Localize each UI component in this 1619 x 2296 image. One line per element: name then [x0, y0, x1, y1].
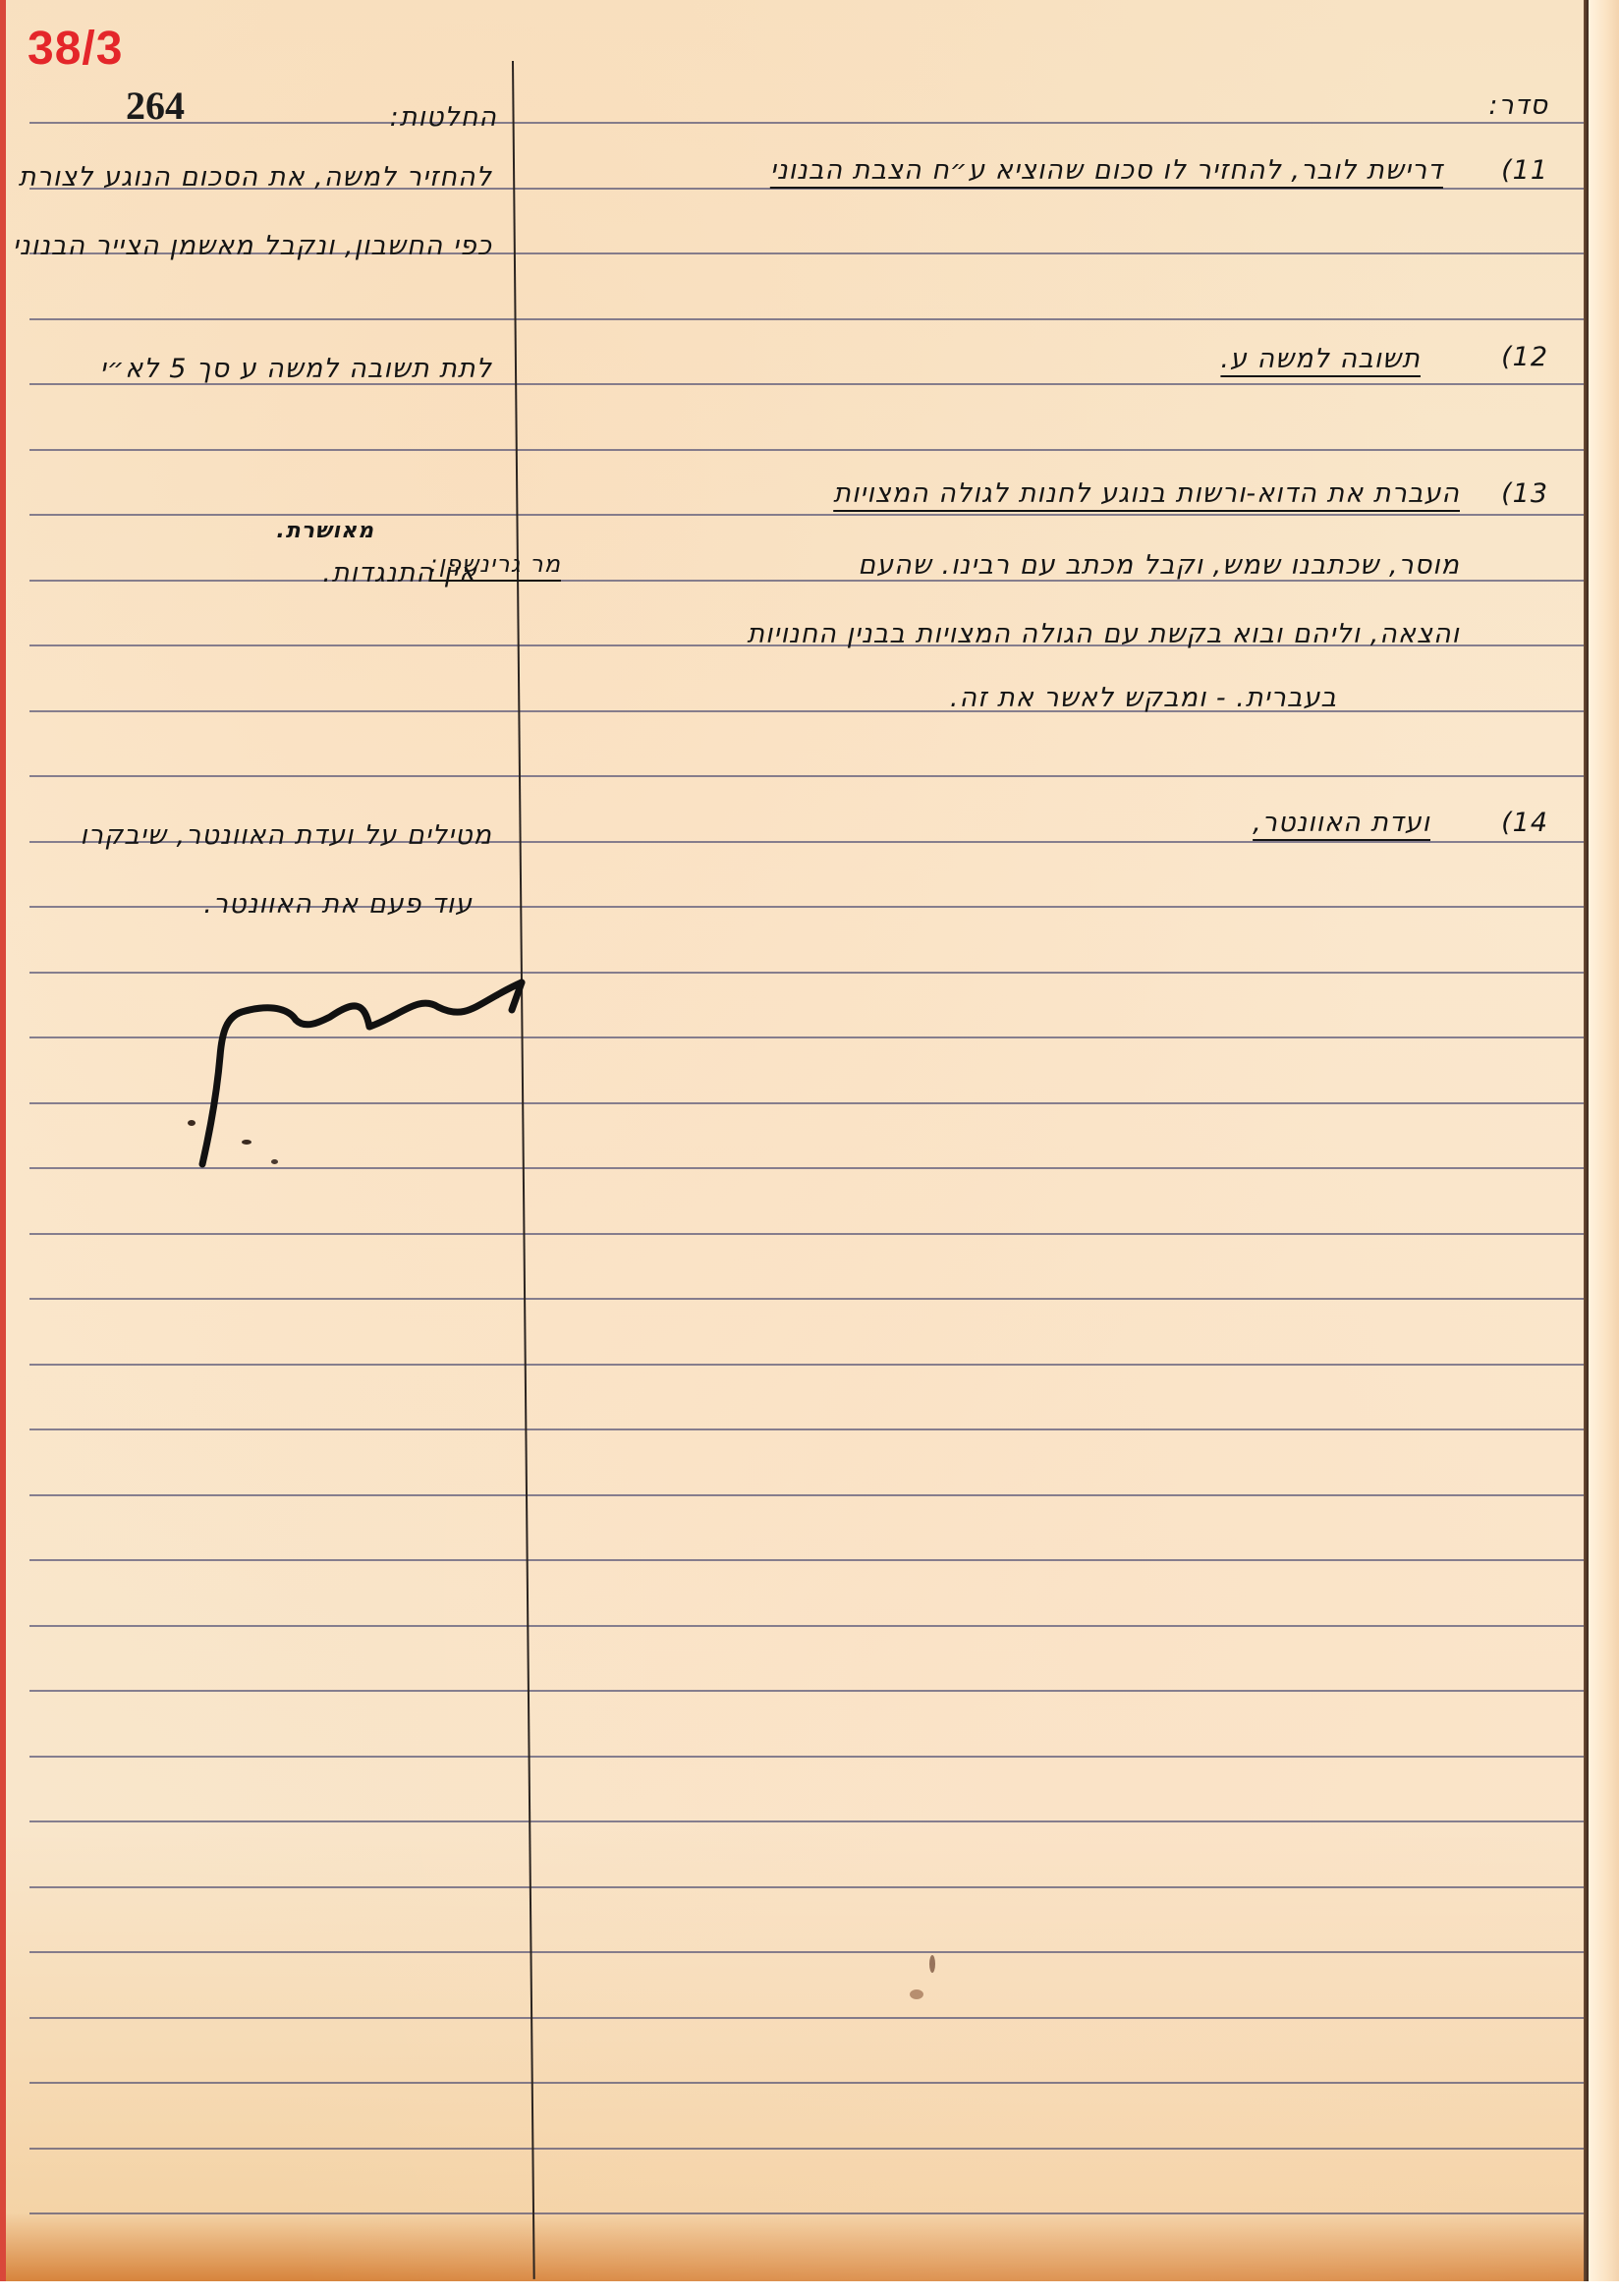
ruled-line	[29, 1625, 1592, 1627]
agenda-item-13-title: העברת את הדוא-ורשות בנוגע לחנות לגולה המ…	[833, 478, 1460, 509]
decision-14-line-1: מטילים על ועדת האוונטר, שיבקרו	[80, 820, 492, 851]
decision-11-line-1: להחזיר למשה, את הסכום הנוגע לצורת	[19, 162, 492, 193]
ruled-line	[29, 1494, 1592, 1496]
stain	[910, 1989, 923, 1999]
decision-11-line-2: כפי החשבון, ונקבל מאשמן הצייר הבנוני	[13, 231, 492, 261]
ruled-line	[29, 449, 1592, 451]
page-edge	[1589, 0, 1619, 2281]
ruled-line	[29, 2148, 1592, 2150]
ruled-line	[29, 514, 1592, 516]
decision-14-line-2: עוד פעם את האוונטר.	[203, 889, 473, 920]
ruled-line	[29, 2212, 1592, 2214]
agenda-item-13-line-3: בעברית. - ומבקש לאשר את זה.	[950, 683, 1337, 713]
ruled-line	[29, 1756, 1592, 1758]
decision-12-line-1: לתת תשובה למשה ע סך 5 לא״י	[100, 354, 492, 384]
ruled-line	[29, 2082, 1592, 2084]
ruled-line	[29, 1298, 1592, 1300]
ruled-line	[29, 1233, 1592, 1235]
ruled-line	[29, 122, 1592, 124]
agenda-item-14-title: ועדת האוונטר,	[1253, 808, 1430, 838]
decision-13-label: מאושרת.	[276, 519, 374, 543]
agenda-item-11-title: דרישת לובר, להחזיר לו סכום שהוציא ע״ח הצ…	[770, 155, 1443, 186]
ink-speck	[271, 1159, 278, 1164]
agenda-item-12-title: תשובה למשה ע.	[1220, 344, 1421, 374]
ruled-line	[29, 1886, 1592, 1888]
ruled-line	[29, 2017, 1592, 2019]
ruled-line	[29, 1820, 1592, 1822]
agenda-item-12-number: 12)	[1501, 342, 1548, 372]
ruled-line	[29, 1428, 1592, 1430]
page-number: 264	[126, 83, 185, 129]
ruled-line	[29, 775, 1592, 777]
ruled-line	[29, 710, 1592, 712]
ruled-line	[29, 1690, 1592, 1692]
signature	[183, 963, 556, 1179]
agenda-heading: סדר:	[1488, 90, 1548, 121]
decisions-heading: החלטות:	[390, 102, 497, 133]
ruled-line	[29, 1364, 1592, 1366]
agenda-item-11-number: 11)	[1501, 155, 1548, 186]
notebook-page: 38/3 264 החלטות: להחזיר למשה, את הסכום ה…	[0, 0, 1592, 2281]
ruled-line	[29, 1559, 1592, 1561]
ruled-line	[29, 1951, 1592, 1953]
agenda-item-14-number: 14)	[1501, 808, 1548, 838]
agenda-item-13-speaker: מר גרינשפן:	[429, 550, 561, 578]
agenda-item-13-line-1: מוסר, שכתבנו שמש, וקבל מכתב עם רבינו. שה…	[858, 550, 1460, 581]
stain	[929, 1955, 935, 1973]
ink-speck	[242, 1140, 251, 1145]
agenda-item-13-number: 13)	[1501, 478, 1548, 509]
ink-speck	[188, 1120, 195, 1126]
agenda-item-13-line-2: והצאה, וליהם ובוא בקשת עם הגולה המצויות …	[747, 619, 1460, 649]
archive-reference-stamp: 38/3	[28, 22, 123, 76]
ruled-line	[29, 318, 1592, 320]
